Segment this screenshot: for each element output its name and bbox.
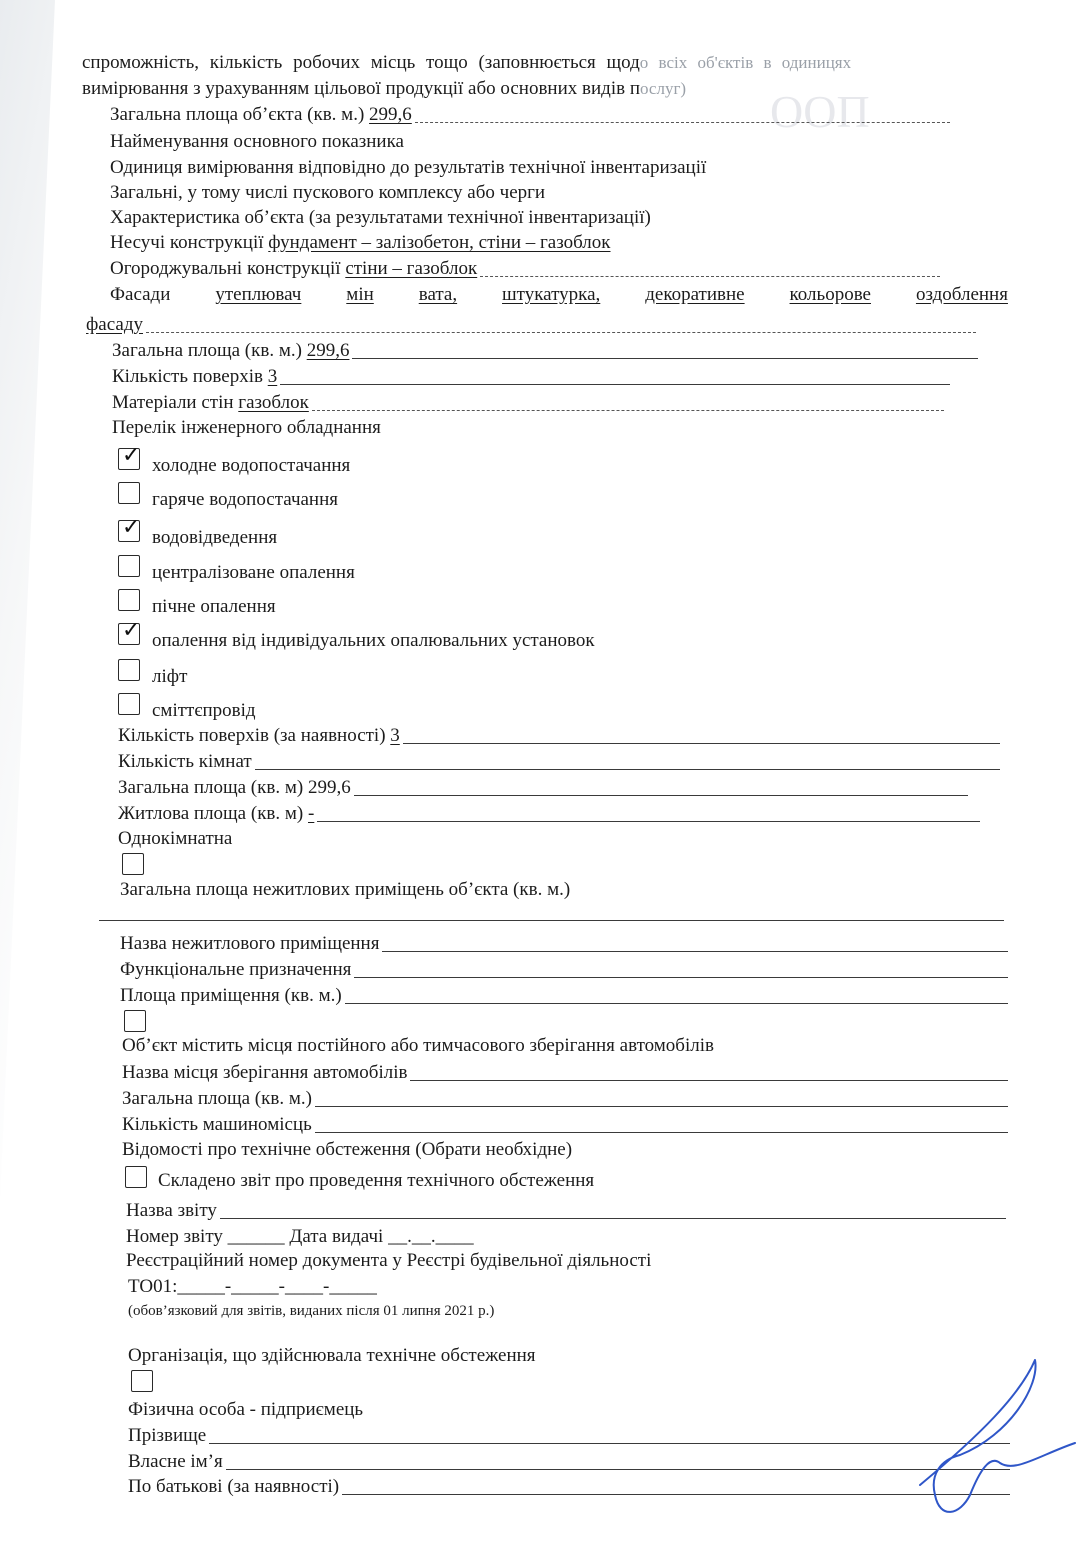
field-label: Кількість поверхів (за наявності) bbox=[118, 725, 386, 747]
field-label: Площа приміщення (кв. м.) bbox=[120, 985, 342, 1007]
field-report-number: Номер звіту ______ Дата видачі __.__.___… bbox=[126, 1226, 474, 1248]
field-total-area: Загальна площа (кв. м.) 299,6 bbox=[112, 340, 978, 362]
field-value[interactable]: фасаду bbox=[86, 314, 143, 336]
field-label: Номер звіту bbox=[126, 1226, 223, 1248]
field-underline[interactable] bbox=[315, 1118, 1008, 1133]
registry-number-input[interactable]: ТО01:_____-_____-____-_____ bbox=[128, 1276, 377, 1298]
field-underline bbox=[415, 108, 950, 123]
intro-text: спроможність, кількість робочих місць то… bbox=[82, 52, 640, 74]
intro-text-faded: ослуг) bbox=[640, 78, 686, 100]
field-premises-area: Площа приміщення (кв. м.) bbox=[120, 985, 1008, 1007]
parking-label: Об’єкт містить місця постійного або тимч… bbox=[122, 1035, 714, 1057]
field-underline bbox=[403, 729, 1000, 744]
field-facades-cont: фасаду bbox=[86, 314, 976, 336]
one-room-label: Однокімнатна bbox=[118, 828, 232, 850]
field-value[interactable]: оздоблення bbox=[916, 284, 1008, 306]
one-room-checkbox[interactable] bbox=[122, 853, 144, 875]
survey-report-label: Складено звіт про проведення технічного … bbox=[158, 1170, 594, 1192]
field-floors-if-any: Кількість поверхів (за наявності) 3 bbox=[118, 725, 1000, 747]
nonresidential-total-label: Загальна площа нежитлових приміщень об’є… bbox=[120, 879, 570, 901]
engineering-item-label: холодне водопостачання bbox=[152, 455, 350, 477]
field-underline bbox=[317, 807, 980, 822]
field-underline[interactable] bbox=[382, 937, 1008, 952]
field-label: Назва звіту bbox=[126, 1200, 217, 1222]
field-label: Кількість поверхів bbox=[112, 366, 263, 388]
engineering-item-label: опалення від індивідуальних опалювальних… bbox=[152, 630, 595, 652]
field-surname: Прізвище bbox=[128, 1425, 1010, 1447]
checkmark-icon: ✓ bbox=[122, 445, 140, 467]
engineering-checkbox[interactable] bbox=[118, 659, 140, 681]
field-underline[interactable] bbox=[410, 1066, 1008, 1081]
field-total-area-object: Загальна площа об’єкта (кв. м.) 299,6 bbox=[110, 104, 950, 126]
field-value[interactable]: 3 bbox=[390, 725, 400, 747]
field-label: Несучі конструкції bbox=[110, 232, 264, 254]
nonresidential-total-field bbox=[96, 906, 1004, 924]
general-label: Загальні, у тому числі пускового комплек… bbox=[110, 182, 545, 204]
field-label: Фасади bbox=[110, 284, 170, 306]
field-parking-area: Загальна площа (кв. м.) bbox=[122, 1088, 1008, 1110]
checkmark-icon: ✓ bbox=[122, 517, 140, 539]
engineering-label: Перелік інженерного обладнання bbox=[112, 417, 381, 439]
field-underline[interactable] bbox=[209, 1429, 1010, 1444]
engineering-checkbox[interactable]: ✓ bbox=[118, 623, 140, 645]
field-parking-spaces: Кількість машиномісць bbox=[122, 1114, 1008, 1136]
intro-text-faded: о всіх об'єктів в одиницях bbox=[640, 52, 851, 74]
field-label: Житлова площа (кв. м) bbox=[118, 803, 303, 825]
intro-line-1: спроможність, кількість робочих місць то… bbox=[82, 52, 1007, 74]
organization-checkbox[interactable] bbox=[131, 1370, 153, 1392]
engineering-item-label: гаряче водопостачання bbox=[152, 489, 338, 511]
intro-line-2: вимірювання з урахуванням цільової проду… bbox=[82, 78, 686, 100]
field-underline[interactable] bbox=[220, 1204, 1006, 1219]
field-underline[interactable] bbox=[226, 1455, 1010, 1470]
field-underline bbox=[480, 262, 940, 277]
field-value[interactable]: фундамент – залізобетон, стіни – газобло… bbox=[268, 232, 610, 254]
field-enclosing: Огороджувальні конструкції стіни – газоб… bbox=[110, 258, 940, 280]
parking-checkbox[interactable] bbox=[124, 1010, 146, 1032]
engineering-checkbox[interactable] bbox=[118, 693, 140, 715]
field-label: Назва місця зберігання автомобілів bbox=[122, 1062, 407, 1084]
field-label: Кількість кімнат bbox=[118, 751, 252, 773]
field-underline bbox=[354, 781, 968, 796]
field-value[interactable]: 299,6 bbox=[369, 104, 412, 126]
field-label: Назва нежитлового приміщення bbox=[120, 933, 379, 955]
engineering-checkbox[interactable] bbox=[118, 589, 140, 611]
field-label: Прізвище bbox=[128, 1425, 206, 1447]
field-value[interactable]: газоблок bbox=[238, 392, 309, 414]
field-label: Кількість машиномісць bbox=[122, 1114, 312, 1136]
field-underline[interactable] bbox=[345, 989, 1008, 1004]
organization-label: Організація, що здійснювала технічне обс… bbox=[128, 1345, 536, 1367]
field-parking-name: Назва місця зберігання автомобілів bbox=[122, 1062, 1008, 1084]
field-underline[interactable] bbox=[315, 1092, 1008, 1107]
field-underline[interactable] bbox=[99, 906, 1004, 921]
field-patronymic: По батькові (за наявності) bbox=[128, 1476, 1010, 1498]
field-first-name: Власне ім’я bbox=[128, 1451, 1010, 1473]
field-functional-purpose: Функціональне призначення bbox=[120, 959, 1008, 981]
field-underline bbox=[146, 318, 976, 333]
main-indicator-label: Найменування основного показника bbox=[110, 131, 404, 153]
registry-label: Реєстраційний номер документа у Реєстрі … bbox=[126, 1250, 651, 1272]
field-underline[interactable] bbox=[354, 963, 1008, 978]
field-label: Загальна площа (кв. м) bbox=[118, 777, 303, 799]
field-floors: Кількість поверхів 3 bbox=[112, 366, 950, 388]
field-label: Огороджувальні конструкції bbox=[110, 258, 341, 280]
field-label: Функціональне призначення bbox=[120, 959, 351, 981]
engineering-checkbox[interactable] bbox=[118, 555, 140, 577]
field-label: Власне ім’я bbox=[128, 1451, 223, 1473]
issue-date-input[interactable]: __.__.____ bbox=[388, 1226, 474, 1248]
field-label: Дата видачі bbox=[289, 1226, 383, 1248]
field-underline[interactable] bbox=[255, 755, 1000, 770]
field-label: Загальна площа (кв. м.) bbox=[112, 340, 302, 362]
engineering-item-label: водовідведення bbox=[152, 527, 277, 549]
field-value[interactable]: утеплювач bbox=[215, 284, 301, 306]
survey-info-label: Відомості про технічне обстеження (Обрат… bbox=[122, 1139, 572, 1161]
signature-icon bbox=[900, 1355, 1080, 1525]
field-rooms: Кількість кімнат bbox=[118, 751, 1000, 773]
field-label: Загальна площа (кв. м.) bbox=[122, 1088, 312, 1110]
field-load-bearing: Несучі конструкції фундамент – залізобет… bbox=[110, 232, 611, 254]
scanned-page-edge bbox=[0, 0, 60, 1548]
engineering-checkbox[interactable]: ✓ bbox=[118, 448, 140, 470]
field-value[interactable]: декоративне bbox=[645, 284, 744, 306]
characteristics-label: Характеристика об’єкта (за результатами … bbox=[110, 207, 651, 229]
intro-text: вимірювання з урахуванням цільової проду… bbox=[82, 78, 640, 100]
field-report-name: Назва звіту bbox=[126, 1200, 1006, 1222]
checkmark-icon: ✓ bbox=[122, 620, 140, 642]
field-total-area-m: Загальна площа (кв. м) 299,6 bbox=[118, 777, 968, 799]
field-value[interactable]: кольорове bbox=[790, 284, 871, 306]
field-underline bbox=[312, 396, 944, 411]
field-wall-material: Матеріали стін газоблок bbox=[112, 392, 944, 414]
field-value[interactable]: 3 bbox=[268, 366, 278, 388]
report-number-input[interactable]: ______ bbox=[228, 1226, 285, 1248]
field-value[interactable]: 299,6 bbox=[307, 340, 350, 362]
field-value[interactable]: мін bbox=[346, 284, 373, 306]
field-value[interactable]: 299,6 bbox=[308, 777, 351, 799]
field-label: По батькові (за наявності) bbox=[128, 1476, 339, 1498]
engineering-item-label: пічне опалення bbox=[152, 596, 276, 618]
field-value[interactable]: - bbox=[308, 803, 314, 825]
unit-label: Одиниця вимірювання відповідно до резуль… bbox=[110, 157, 706, 179]
survey-report-checkbox[interactable] bbox=[125, 1166, 147, 1188]
engineering-checkbox[interactable] bbox=[118, 482, 140, 504]
field-value[interactable]: стіни – газоблок bbox=[345, 258, 477, 280]
field-facades: Фасади утеплювач мін вата, штукатурка, д… bbox=[110, 284, 1008, 306]
field-living-area: Житлова площа (кв. м) - bbox=[118, 803, 980, 825]
engineering-item-label: централізоване опалення bbox=[152, 562, 355, 584]
field-nonresidential-name: Назва нежитлового приміщення bbox=[120, 933, 1008, 955]
field-label: Загальна площа об’єкта (кв. м.) bbox=[110, 104, 364, 126]
field-underline bbox=[280, 370, 950, 385]
field-value[interactable]: штукатурка, bbox=[502, 284, 600, 306]
engineering-item-label: ліфт bbox=[152, 666, 187, 688]
field-underline bbox=[352, 344, 978, 359]
registry-note: (обов’язковий для звітів, виданих після … bbox=[128, 1300, 494, 1322]
field-label: Матеріали стін bbox=[112, 392, 234, 414]
engineering-checkbox[interactable]: ✓ bbox=[118, 520, 140, 542]
engineering-item-label: сміттєпровід bbox=[152, 700, 256, 722]
field-value[interactable]: вата, bbox=[419, 284, 457, 306]
entrepreneur-label: Фізична особа - підприємець bbox=[128, 1399, 363, 1421]
